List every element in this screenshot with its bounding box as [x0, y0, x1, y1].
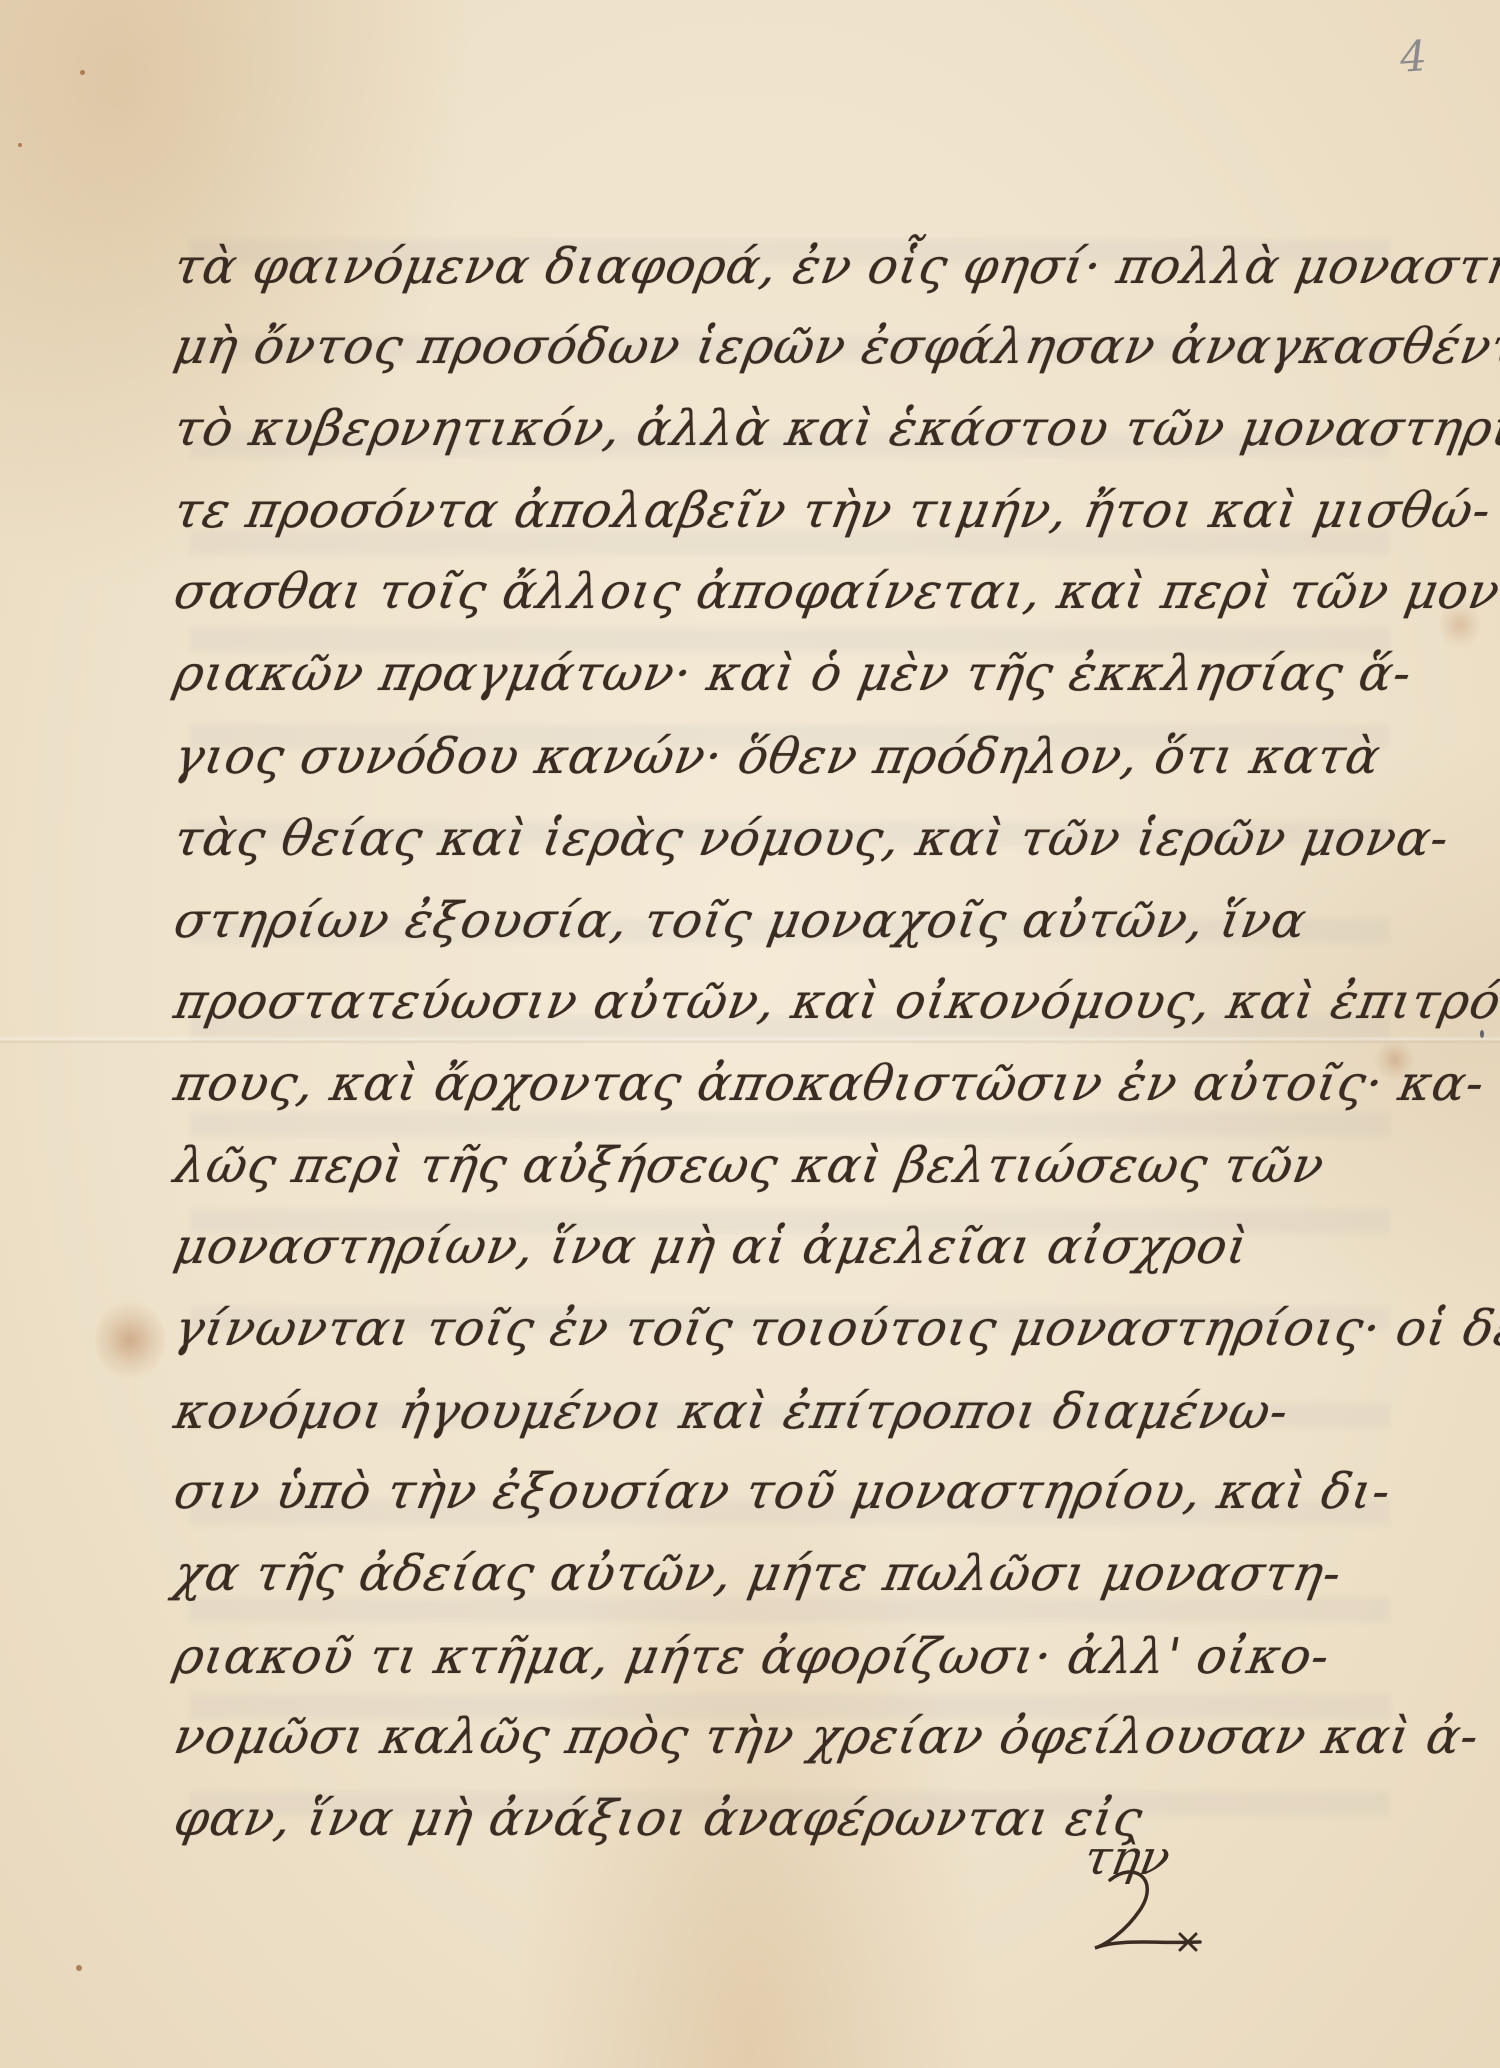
- manuscript-line: φαν, ἵνα μὴ ἀνάξιοι ἀναφέρωνται εἰς: [170, 1790, 1147, 1847]
- speck: [80, 70, 85, 75]
- manuscript-line: σασθαι τοῖς ἄλλοις ἀποφαίνεται, καὶ περὶ…: [170, 563, 1500, 620]
- manuscript-line: μὴ ὄντος προσόδων ἱερῶν ἐσφάλησαν ἀναγκα…: [170, 318, 1500, 375]
- manuscript-line: τὰς θείας καὶ ἱερὰς νόμους, καὶ τῶν ἱερῶ…: [170, 810, 1454, 867]
- manuscript-line: προστατεύωσιν αὐτῶν, καὶ οἰκονόμους, καὶ…: [170, 973, 1500, 1030]
- stain-left-margin: [95, 1300, 165, 1380]
- speck: [76, 1965, 82, 1971]
- speck: [1480, 1030, 1484, 1038]
- handwritten-text-block: τὰ φαινόμενα διαφορά, ἐν οἷς φησί· πολλὰ…: [170, 0, 1420, 2068]
- manuscript-line: ριακοῦ τι κτῆμα, μήτε ἀφορίζωσι· ἀλλ' οἰ…: [170, 1628, 1334, 1685]
- catchword-flourish-icon: [1080, 1860, 1230, 1960]
- manuscript-line: τὸ κυβερνητικόν, ἀλλὰ καὶ ἑκάστου τῶν μο…: [170, 400, 1500, 457]
- speck: [18, 143, 22, 147]
- manuscript-page: 4 τὰ φαινόμενα διαφορά, ἐν οἷς φησί· πολ…: [0, 0, 1500, 2068]
- manuscript-line: γίνωνται τοῖς ἐν τοῖς τοιούτοις μοναστηρ…: [170, 1300, 1500, 1357]
- manuscript-line: μοναστηρίων, ἵνα μὴ αἱ ἀμελεῖαι αἰσχροὶ: [170, 1218, 1253, 1275]
- manuscript-line: λῶς περὶ τῆς αὐξήσεως καὶ βελτιώσεως τῶν: [170, 1137, 1329, 1194]
- manuscript-line: κονόμοι ἠγουμένοι καὶ ἐπίτροποι διαμένω-: [170, 1383, 1293, 1440]
- manuscript-line: στηρίων ἐξουσία, τοῖς μοναχοῖς αὐτῶν, ἵν…: [170, 892, 1311, 949]
- manuscript-line: νομῶσι καλῶς πρὸς τὴν χρείαν ὀφείλουσαν …: [170, 1708, 1484, 1765]
- manuscript-line: τε προσόντα ἀπολαβεῖν τὴν τιμήν, ἤτοι κα…: [170, 482, 1496, 539]
- manuscript-line: γιος συνόδου κανών· ὅθεν πρόδηλον, ὅτι κ…: [170, 728, 1385, 785]
- manuscript-line: ριακῶν πραγμάτων· καὶ ὁ μὲν τῆς ἐκκλησία…: [170, 645, 1416, 702]
- manuscript-line: τὰ φαινόμενα διαφορά, ἐν οἷς φησί· πολλὰ…: [170, 238, 1500, 295]
- manuscript-line: σιν ὑπὸ τὴν ἐξουσίαν τοῦ μοναστηρίου, κα…: [170, 1463, 1396, 1520]
- manuscript-line: πους, καὶ ἄρχοντας ἀποκαθιστῶσιν ἐν αὐτο…: [170, 1055, 1489, 1112]
- manuscript-line: χα τῆς ἀδείας αὐτῶν, μήτε πωλῶσι μοναστη…: [170, 1545, 1346, 1602]
